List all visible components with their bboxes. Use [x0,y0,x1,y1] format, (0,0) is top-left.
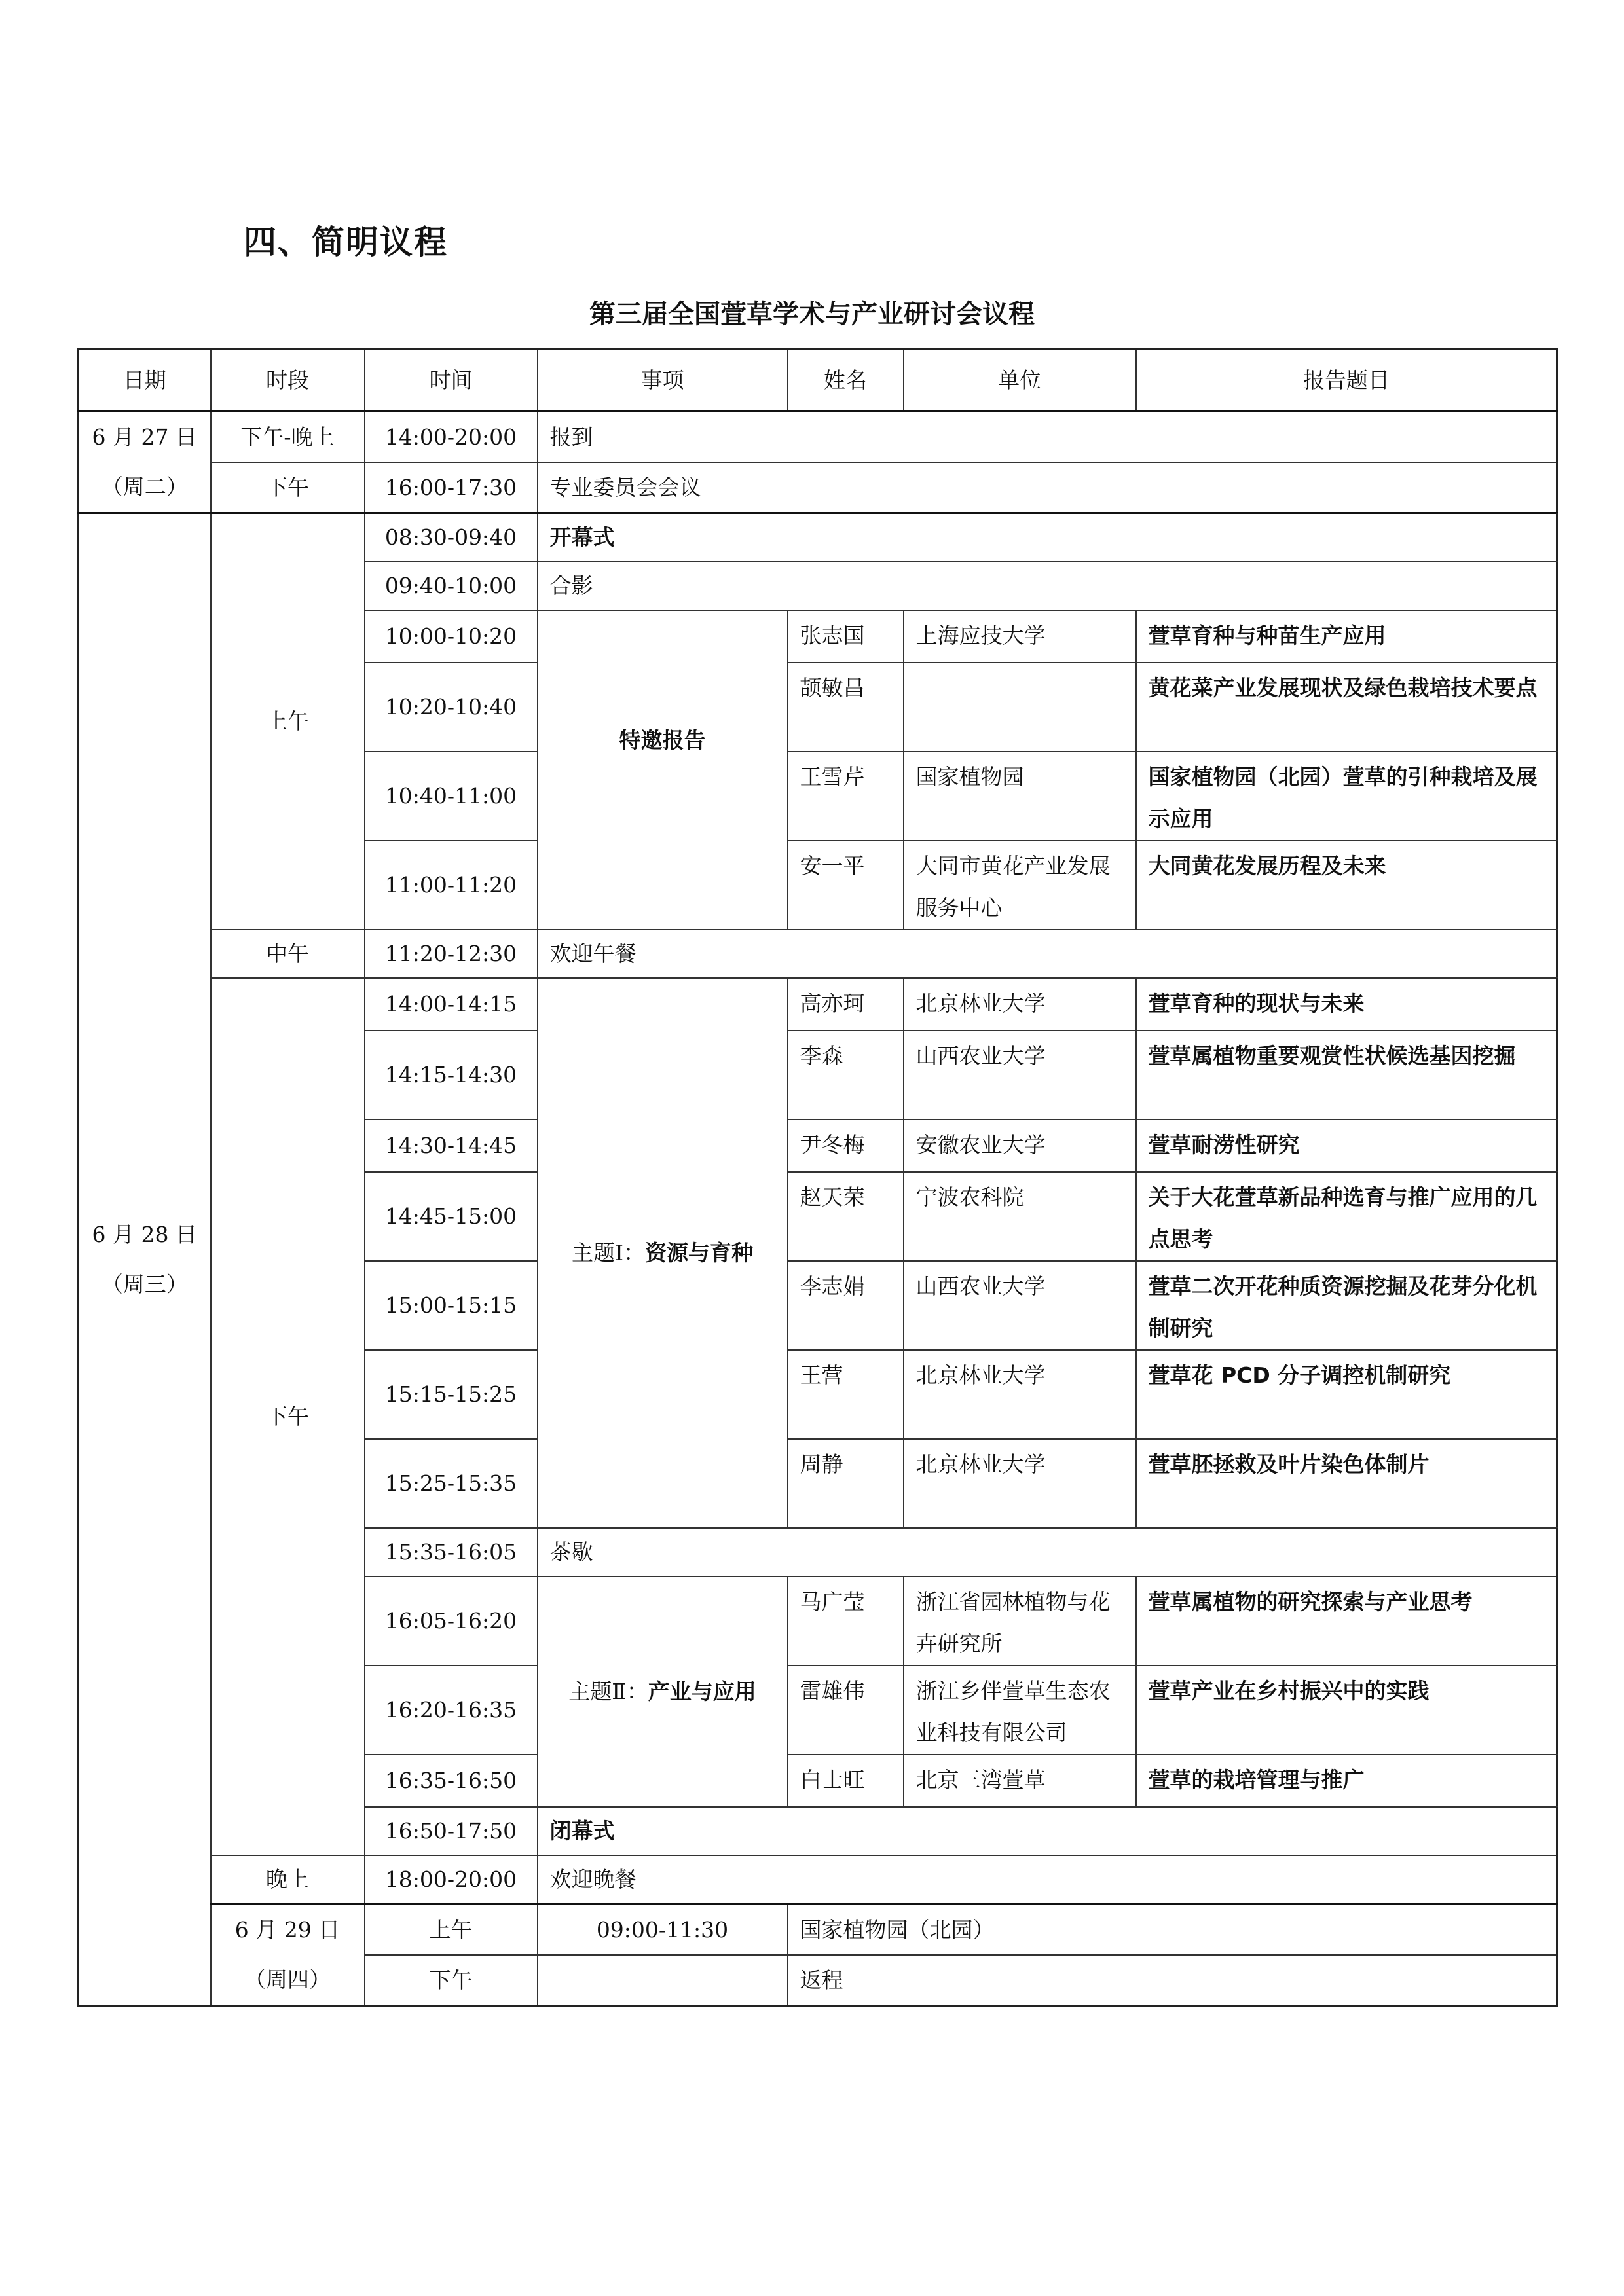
time-cell: 16:20-16:35 [365,1666,538,1755]
speaker-unit: 大同市黄花产业发展服务中心 [904,841,1136,930]
period-cell: 下午-晚上 [211,412,365,463]
time-cell: 11:00-11:20 [365,841,538,930]
talk-topic: 萱草产业在乡村振兴中的实践 [1136,1666,1557,1755]
speaker-unit: 北京三湾萱草 [904,1755,1136,1807]
theme-prefix: 主题Ⅰ： [572,1240,645,1266]
period-cell: 中午 [211,930,365,978]
table-row: 6 月 28 日 （周三） 上午 08:30-09:40 开幕式 [79,513,1557,562]
speaker-unit: 宁波农科院 [904,1172,1136,1261]
speaker-name: 王雪芹 [788,752,904,841]
date-label: 6 月 27 日 [91,412,198,462]
time-cell: 10:00-10:20 [365,610,538,663]
speaker-name: 白士旺 [788,1755,904,1807]
period-cell: 下午 [365,1955,538,2006]
talk-topic: 萱草二次开花种质资源挖掘及花芽分化机制研究 [1136,1261,1557,1350]
talk-topic: 萱草的栽培管理与推广 [1136,1755,1557,1807]
time-cell: 09:40-10:00 [365,562,538,610]
period-cell: 上午 [365,1904,538,1956]
speaker-unit: 上海应技大学 [904,610,1136,663]
date-label: 6 月 29 日 [223,1905,352,1955]
agenda-table: 日期 时段 时间 事项 姓名 单位 报告题目 6 月 27 日 （周二） 下午-… [77,348,1558,2007]
speaker-unit: 浙江乡伴萱草生态农业科技有限公司 [904,1666,1136,1755]
speaker-name: 李森 [788,1030,904,1120]
speaker-unit: 国家植物园 [904,752,1136,841]
talk-topic: 萱草属植物的研究探索与产业思考 [1136,1576,1557,1666]
talk-topic: 萱草育种与种苗生产应用 [1136,610,1557,663]
talk-topic: 萱草育种的现状与未来 [1136,978,1557,1030]
talk-topic: 萱草花 PCD 分子调控机制研究 [1136,1350,1557,1439]
table-row: 下午 16:00-17:30 专业委员会会议 [79,462,1557,513]
speaker-name: 尹冬梅 [788,1120,904,1172]
time-cell: 08:30-09:40 [365,513,538,562]
table-row: 6 月 29 日 （周四） 上午 09:00-11:30 国家植物园（北园） [79,1904,1557,1956]
speaker-unit: 北京林业大学 [904,1350,1136,1439]
speaker-name: 周静 [788,1439,904,1528]
speaker-unit: 北京林业大学 [904,978,1136,1030]
date-label: 6 月 28 日 [91,1210,198,1260]
weekday-label: （周二） [91,462,198,512]
section-title: 四、简明议程 [244,216,448,263]
header-name: 姓名 [788,350,904,412]
theme-prefix: 主题Ⅱ： [568,1679,648,1704]
time-cell: 11:20-12:30 [365,930,538,978]
time-cell: 14:15-14:30 [365,1030,538,1120]
speaker-unit: 浙江省园林植物与花卉研究所 [904,1576,1136,1666]
time-cell: 14:00-14:15 [365,978,538,1030]
table-header-row: 日期 时段 时间 事项 姓名 单位 报告题目 [79,350,1557,412]
time-cell: 16:05-16:20 [365,1576,538,1666]
talk-topic: 萱草耐涝性研究 [1136,1120,1557,1172]
talk-topic: 萱草胚拯救及叶片染色体制片 [1136,1439,1557,1528]
table-row: 中午 11:20-12:30 欢迎午餐 [79,930,1557,978]
header-time: 时间 [365,350,538,412]
time-cell: 16:35-16:50 [365,1755,538,1807]
time-cell: 14:00-20:00 [365,412,538,463]
speaker-unit: 山西农业大学 [904,1030,1136,1120]
speaker-name: 颉敏昌 [788,663,904,752]
time-cell: 15:15-15:25 [365,1350,538,1439]
time-cell: 09:00-11:30 [538,1904,788,1956]
period-cell: 下午 [211,978,365,1855]
table-row: 晚上 18:00-20:00 欢迎晚餐 [79,1855,1557,1904]
weekday-label: （周三） [91,1260,198,1309]
theme-name: 产业与应用 [648,1679,756,1704]
period-cell: 晚上 [211,1855,365,1904]
item-cell: 欢迎午餐 [538,930,1557,978]
theme-1-label: 主题Ⅰ：资源与育种 [538,978,788,1528]
time-cell: 16:00-17:30 [365,462,538,513]
header-unit: 单位 [904,350,1136,412]
time-cell: 18:00-20:00 [365,1855,538,1904]
header-item: 事项 [538,350,788,412]
period-cell: 下午 [211,462,365,513]
speaker-unit: 安徽农业大学 [904,1120,1136,1172]
item-cell: 报到 [538,412,1557,463]
time-cell: 15:35-16:05 [365,1528,538,1576]
item-cell: 欢迎晚餐 [538,1855,1557,1904]
item-cell: 茶歇 [538,1528,1557,1576]
time-cell: 15:25-15:35 [365,1439,538,1528]
speaker-unit [904,663,1136,752]
item-cell: 国家植物园（北园） [788,1904,1557,1956]
time-cell: 15:00-15:15 [365,1261,538,1350]
header-period: 时段 [211,350,365,412]
weekday-label: （周四） [223,1955,352,2005]
theme-2-label: 主题Ⅱ：产业与应用 [538,1576,788,1807]
time-cell: 14:30-14:45 [365,1120,538,1172]
speaker-name: 马广莹 [788,1576,904,1666]
item-cell: 合影 [538,562,1557,610]
talk-topic: 大同黄花发展历程及未来 [1136,841,1557,930]
talk-topic: 国家植物园（北园）萱草的引种栽培及展示应用 [1136,752,1557,841]
table-title: 第三届全国萱草学术与产业研讨会议程 [0,293,1624,331]
speaker-name: 雷雄伟 [788,1666,904,1755]
speaker-unit: 北京林业大学 [904,1439,1136,1528]
session-label: 特邀报告 [538,610,788,930]
talk-topic: 萱草属植物重要观赏性状候选基因挖掘 [1136,1030,1557,1120]
time-cell [538,1955,788,2006]
speaker-name: 赵天荣 [788,1172,904,1261]
item-cell: 专业委员会会议 [538,462,1557,513]
header-topic: 报告题目 [1136,350,1557,412]
speaker-unit: 山西农业大学 [904,1261,1136,1350]
item-cell: 开幕式 [538,513,1557,562]
theme-name: 资源与育种 [645,1240,753,1266]
header-date: 日期 [79,350,211,412]
item-cell: 返程 [788,1955,1557,2006]
item-cell: 闭幕式 [538,1807,1557,1855]
talk-topic: 黄花菜产业发展现状及绿色栽培技术要点 [1136,663,1557,752]
speaker-name: 张志国 [788,610,904,663]
speaker-name: 王营 [788,1350,904,1439]
date-cell: 6 月 27 日 （周二） [79,412,211,513]
date-cell: 6 月 28 日 （周三） [79,513,211,2006]
time-cell: 14:45-15:00 [365,1172,538,1261]
speaker-name: 李志娟 [788,1261,904,1350]
time-cell: 10:20-10:40 [365,663,538,752]
time-cell: 16:50-17:50 [365,1807,538,1855]
date-cell: 6 月 29 日 （周四） [211,1904,365,2006]
speaker-name: 安一平 [788,841,904,930]
period-cell: 上午 [211,513,365,930]
time-cell: 10:40-11:00 [365,752,538,841]
talk-topic: 关于大花萱草新品种选育与推广应用的几点思考 [1136,1172,1557,1261]
table-row: 6 月 27 日 （周二） 下午-晚上 14:00-20:00 报到 [79,412,1557,463]
table-row: 下午 14:00-14:15 主题Ⅰ：资源与育种 高亦珂 北京林业大学 萱草育种… [79,978,1557,1030]
speaker-name: 高亦珂 [788,978,904,1030]
